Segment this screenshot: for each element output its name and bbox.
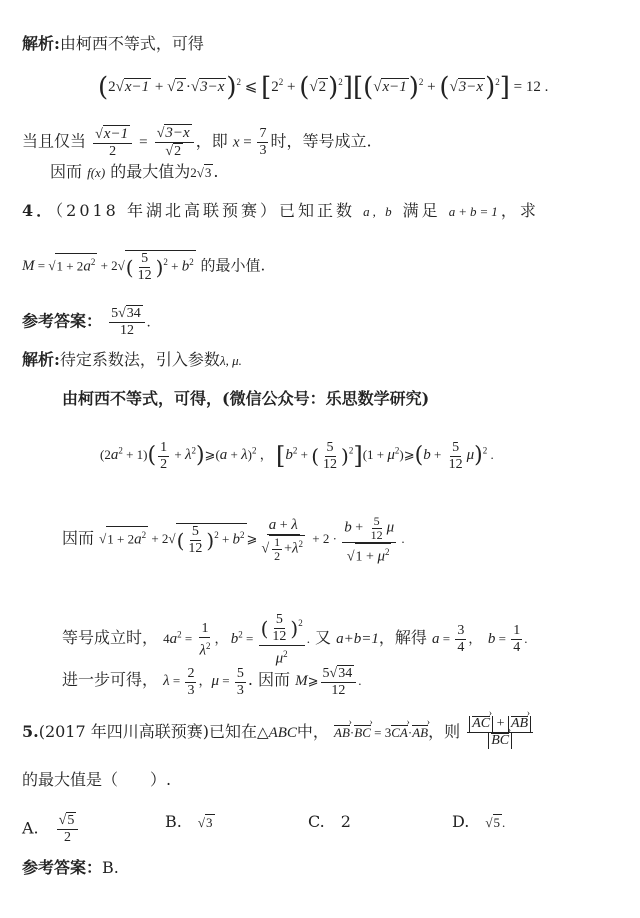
solution-intro: 由柯西不等式，可得: [60, 34, 204, 53]
further-prefix: 进一步可得，: [62, 670, 158, 689]
solution-label: 解析:: [22, 350, 60, 369]
solution-label: 解析:: [22, 34, 60, 53]
option-c-label: C.: [308, 812, 325, 831]
option-a: A. √52: [22, 812, 80, 846]
problem-4-text-4: 的最小值.: [201, 256, 266, 274]
problem-5-text-4: 的最大值是（ ）.: [22, 770, 171, 789]
problem-4-expression-line: M = √1 + 2a2 + 2√(512)2 + b2 的最小值.: [22, 250, 265, 284]
problem-5-number: 5.: [22, 722, 39, 741]
answer-label: 参考答案：: [22, 312, 102, 331]
fraction-7-over-3: 73: [257, 126, 268, 159]
problem-5-text-3: ，则: [428, 722, 460, 741]
max-value-conclusion: 因而 f(x) 的最大值为2√3.: [50, 162, 219, 183]
fraction-sqrt-3-x-over-sqrt2: √3−x√2: [155, 124, 194, 160]
equality-condition: a+b=1: [336, 631, 379, 647]
ratio-fraction: AC + ABBC: [467, 716, 533, 749]
answer-value: B.: [102, 858, 119, 877]
problem-4-number: 4．: [22, 201, 55, 220]
conclusion-mid: 的最大值为: [110, 162, 190, 181]
problem-4-statement-line-1: 4．（2018 年湖北高联预赛）已知正数 a, b 满足 a+b=1，求: [22, 201, 539, 222]
answer-fraction-5sqrt34-over-12: 5√3412: [109, 305, 145, 339]
option-c-value: 2: [341, 812, 351, 831]
cauchy-inequalities-formula: (2a2 + 1)(12 + λ2)⩾(a + λ)2 ， [b2 + (512…: [100, 440, 494, 473]
conclusion-end: .: [213, 162, 218, 181]
problem-5-statement-line: 5.(2017 年四川高联预赛)已知在△ABC中， AB·BC = 3CA·AB…: [22, 716, 535, 749]
problem-4-text-2: 满足: [403, 201, 441, 220]
problem-4-text-3: ，求: [501, 201, 539, 220]
solution-3-intro-line: 解析:由柯西不等式，可得: [22, 34, 204, 54]
therefore-prefix: 因而: [62, 528, 94, 547]
fx-symbol: f(x): [87, 165, 105, 180]
problem-5-text-1: 已知在: [209, 722, 257, 741]
problem-4-vars: a, b: [363, 204, 395, 219]
further-result-line: 进一步可得， λ = 23，μ = 53. 因而 M⩾5√3412.: [62, 665, 361, 699]
equality-holds-line: 等号成立时， 4a2 = 1λ2， b2 = (512)2μ2. 又 a+b=1…: [62, 612, 527, 668]
equality-condition-line: 当且仅当 √x−12 = √3−x√2，即 x = 73时，等号成立.: [22, 124, 372, 160]
params: λ, μ.: [220, 353, 242, 368]
equality-mid: ，即: [196, 132, 228, 151]
option-c: C. 2: [308, 812, 351, 832]
problem-5-text-2: 中，: [297, 722, 329, 741]
problem-4-answer: 参考答案： 5√3412.: [22, 305, 151, 339]
problem-4-source: （2018 年湖北高联预赛）: [55, 201, 279, 220]
answer-label: 参考答案：: [22, 858, 102, 877]
solution-intro: 待定系数法，引入参数: [60, 350, 220, 369]
option-d-label: D.: [452, 812, 469, 831]
option-b-label: B.: [165, 812, 182, 831]
equality-suffix: 时，等号成立.: [270, 132, 371, 151]
problem-4-solution-intro: 解析:待定系数法，引入参数λ, μ.: [22, 350, 242, 371]
equality-solved: ，解得: [379, 628, 427, 647]
problem-4-condition: a+b=1: [449, 204, 501, 219]
problem-4-text-1: 已知正数: [279, 201, 355, 220]
problem-5-source: (2017 年四川高联预赛): [39, 722, 209, 741]
cauchy-inequality-formula: (2√x−1 + √2·√3−x)2 ⩽ [22 + (√2)2][(√x−1)…: [98, 72, 548, 98]
cauchy-line-text: 由柯西不等式，可得，(微信公众号：乐思数学研究): [62, 389, 429, 408]
problem-5-question: 的最大值是（ ）.: [22, 770, 171, 790]
option-d: D. √5.: [452, 812, 505, 833]
equality-prefix: 等号成立时，: [62, 628, 158, 647]
conclusion-prefix: 因而: [50, 162, 82, 181]
option-a-label: A.: [22, 819, 39, 838]
problem-5-answer: 参考答案：B.: [22, 858, 119, 878]
cauchy-wechat-line: 由柯西不等式，可得，(微信公众号：乐思数学研究): [62, 389, 429, 409]
equality-prefix: 当且仅当: [22, 132, 86, 151]
option-b: B. √3: [165, 812, 215, 833]
equality-mid: 又: [315, 628, 331, 647]
further-mid: . 因而: [248, 670, 290, 689]
therefore-inequality-line: 因而 √1 + 2a2 + 2√(512)2 + b2⩾a + λ√12+λ2 …: [62, 515, 405, 566]
fraction-sqrt-x-1-over-2: √x−12: [93, 125, 132, 160]
